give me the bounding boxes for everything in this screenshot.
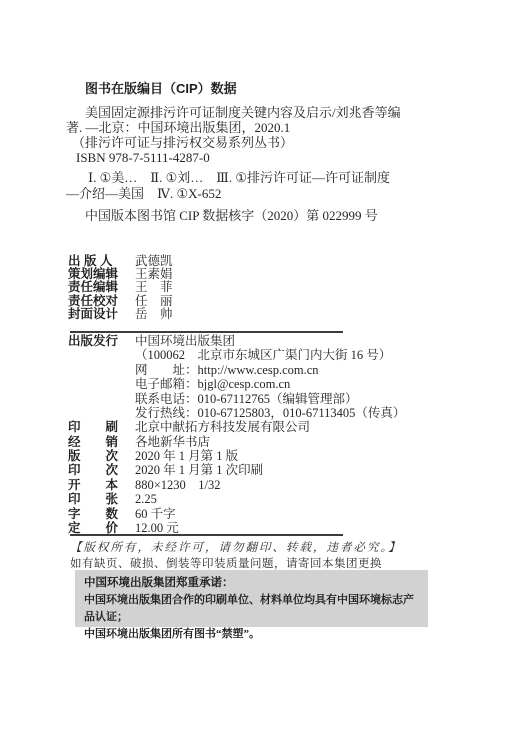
publisher-address: （100062 北京市东城区广渠门内大街 16 号） bbox=[135, 348, 391, 362]
staff-row: 责任编辑 王 菲 bbox=[68, 281, 173, 294]
cip-description: 美国固定源排污许可证制度关键内容及启示/刘兆香等编 著. —北京：中国环境出版集… bbox=[66, 105, 401, 165]
publishing-label: 印 刷 bbox=[68, 420, 135, 434]
publishing-row: （100062 北京市东城区广渠门内大街 16 号） bbox=[68, 348, 405, 362]
book-copyright-page: 图书在版编目（CIP）数据 美国固定源排污许可证制度关键内容及启示/刘兆香等编 … bbox=[0, 0, 520, 729]
publishing-row: 印 张 2.25 bbox=[68, 492, 405, 506]
publishing-row: 出版发行 中国环境出版集团 bbox=[68, 334, 405, 348]
staff-role-label: 封面设计 bbox=[68, 308, 135, 321]
printer-name: 北京中献拓方科技发展有限公司 bbox=[135, 420, 310, 434]
publishing-row: 经 销 各地新华书店 bbox=[68, 435, 405, 449]
distributor-name: 各地新华书店 bbox=[135, 435, 210, 449]
cip-classification-line: —介绍—美国 Ⅳ. ①X-652 bbox=[66, 186, 390, 202]
publishing-label: 开 本 bbox=[68, 478, 135, 492]
divider-rule-top bbox=[70, 331, 343, 333]
publishing-label: 版 次 bbox=[68, 449, 135, 463]
staff-row: 封面设计 岳 帅 bbox=[68, 308, 173, 321]
publishing-row: 电子邮箱：bjgl@cesp.com.cn bbox=[68, 377, 405, 391]
cip-description-line: 著. —北京：中国环境出版集团，2020.1 bbox=[66, 120, 401, 135]
publishing-info: 出版发行 中国环境出版集团 （100062 北京市东城区广渠门内大街 16 号）… bbox=[68, 334, 405, 535]
publishing-value: 中国环境出版集团 bbox=[135, 334, 235, 348]
copyright-notice: 【版权所有，未经许可，请勿翻印、转载，违者必究。】 bbox=[70, 539, 402, 555]
word-count: 60 千字 bbox=[135, 507, 176, 521]
publisher-promise-box: 中国环境出版集团郑重承诺： 中国环境出版集团合作的印刷单位、材料单位均具有中国环… bbox=[75, 570, 428, 627]
print-quality-notice: 如有缺页、破损、倒装等印装质量问题，请寄回本集团更换 bbox=[70, 555, 382, 571]
cip-classification-line: Ⅰ. ①美… Ⅱ. ①刘… Ⅲ. ①排污许可证—许可证制度 bbox=[66, 170, 390, 186]
format-info: 880×1230 1/32 bbox=[135, 478, 221, 492]
staff-role-label: 责任编辑 bbox=[68, 281, 135, 294]
publisher-hotline: 发行热线：010-67125803，010-67113405（传真） bbox=[135, 406, 405, 420]
publishing-label: 印 次 bbox=[68, 463, 135, 477]
isbn-line: ISBN 978-7-5111-4287-0 bbox=[66, 150, 401, 165]
staff-credits: 出 版 人 武德凯 策划编辑 王素娟 责任编辑 王 菲 责任校对 任 丽 封面设… bbox=[68, 255, 173, 321]
promise-line: 中国环境出版集团所有图书“禁塑”。 bbox=[84, 626, 419, 643]
staff-row: 责任校对 任 丽 bbox=[68, 295, 173, 308]
publishing-row: 开 本 880×1230 1/32 bbox=[68, 478, 405, 492]
publishing-row: 网 址：http://www.cesp.com.cn bbox=[68, 363, 405, 377]
publishing-row: 印 刷 北京中献拓方科技发展有限公司 bbox=[68, 420, 405, 434]
publishing-row: 版 次 2020 年 1 月第 1 版 bbox=[68, 449, 405, 463]
publishing-label: 经 销 bbox=[68, 435, 135, 449]
printing-info: 2020 年 1 月第 1 次印刷 bbox=[135, 463, 263, 477]
sheets-info: 2.25 bbox=[135, 492, 157, 506]
staff-role-label: 责任校对 bbox=[68, 295, 135, 308]
divider-rule-bottom bbox=[70, 534, 343, 536]
publishing-label: 出版发行 bbox=[68, 334, 135, 348]
publisher-website: 网 址：http://www.cesp.com.cn bbox=[135, 363, 319, 377]
publishing-label: 字 数 bbox=[68, 507, 135, 521]
publishing-label: 印 张 bbox=[68, 492, 135, 506]
cip-description-line: 美国固定源排污许可证制度关键内容及启示/刘兆香等编 bbox=[66, 105, 401, 120]
staff-person-name: 岳 帅 bbox=[135, 308, 173, 321]
publishing-row: 字 数 60 千字 bbox=[68, 507, 405, 521]
publishing-row: 印 次 2020 年 1 月第 1 次印刷 bbox=[68, 463, 405, 477]
edition-info: 2020 年 1 月第 1 版 bbox=[135, 449, 238, 463]
publisher-phone: 联系电话：010-67112765（编辑管理部） bbox=[135, 392, 357, 406]
publisher-email: 电子邮箱：bjgl@cesp.com.cn bbox=[135, 377, 290, 391]
staff-person-name: 任 丽 bbox=[135, 295, 173, 308]
staff-person-name: 王 菲 bbox=[135, 281, 173, 294]
cip-header: 图书在版编目（CIP）数据 bbox=[85, 78, 237, 97]
cip-record-number: 中国版本图书馆 CIP 数据核字（2020）第 022999 号 bbox=[85, 205, 378, 224]
publishing-row: 发行热线：010-67125803，010-67113405（传真） bbox=[68, 406, 405, 420]
cip-classification: Ⅰ. ①美… Ⅱ. ①刘… Ⅲ. ①排污许可证—许可证制度 —介绍—美国 Ⅳ. … bbox=[66, 170, 390, 201]
promise-line: 中国环境出版集团合作的印刷单位、材料单位均具有中国环境标志产品认证； bbox=[84, 592, 419, 626]
cip-series-line: （排污许可证与排污权交易系列丛书） bbox=[66, 135, 401, 150]
publishing-row: 联系电话：010-67112765（编辑管理部） bbox=[68, 392, 405, 406]
promise-title: 中国环境出版集团郑重承诺： bbox=[84, 575, 419, 592]
